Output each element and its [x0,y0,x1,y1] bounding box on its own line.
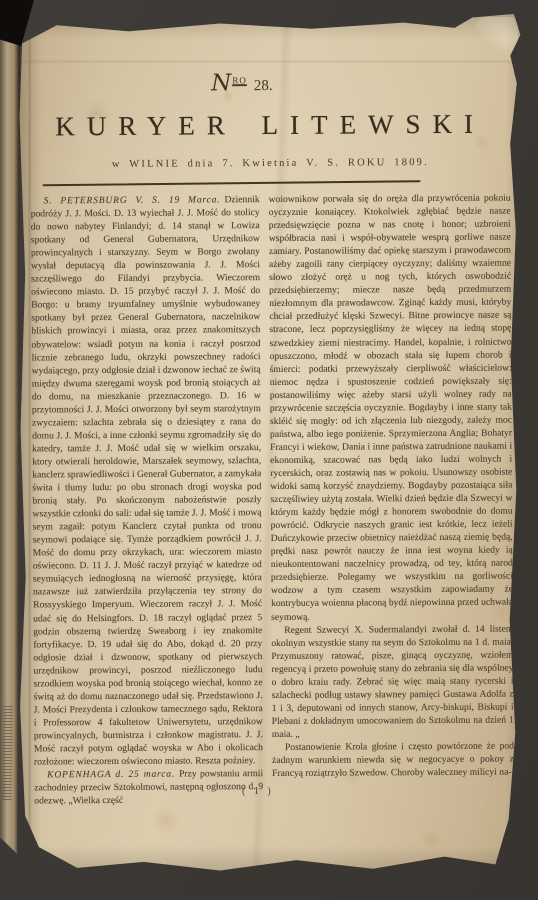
scan-background: NRO28. KURYER LITEWSKI w WILNIE dnia 7. … [0,0,538,900]
article-petersburg-text: Dziennik podróży J. J. Mości. D. 13 wyie… [31,194,263,767]
article-petersburg-dateline: S. PETERSBURG V. S. 19 Marca. [44,194,225,206]
issue-number-line: NRO28. [2,69,482,98]
article-columns: S. PETERSBURG V. S. 19 Marca.Dziennik po… [31,192,515,813]
newspaper-page: NRO28. KURYER LITEWSKI w WILNIE dnia 7. … [16,14,526,880]
adjacent-page-edge [0,16,20,854]
masthead-title: KURYER LITEWSKI [30,109,510,143]
header-rule [43,180,421,186]
edge-print-artifact [2,704,13,800]
column-left: S. PETERSBURG V. S. 19 Marca.Dziennik po… [31,193,264,812]
issue-n-glyph: N [211,70,231,96]
article-continuation-text: woiownikow porwała się do oręża dla przy… [269,192,514,624]
dateline: w WILNIE dnia 7. Kwietnia V. S. ROKU 180… [30,157,510,171]
article-kopenhaga-dateline: KOPENHAGA d. 25 marca. [47,769,179,781]
issue-number: 28. [254,78,273,94]
article-kopenhaga: KOPENHAGA d. 25 marca.Przy powstaniu arm… [34,767,263,808]
column-right: woiownikow porwała się do oręża dla przy… [269,192,515,811]
issue-superscript: RO [232,75,247,86]
article-postanowienie-text: Postanowienie Krola głośne i często powt… [272,739,514,780]
page-content: NRO28. KURYER LITEWSKI w WILNIE dnia 7. … [30,43,515,813]
sheet-signature: ( 1 ) [242,786,274,797]
scan-corner-shadow [0,0,34,46]
article-regent-text: Regent Szwecyi X. Sudermalandyi zwołał d… [271,622,514,741]
article-petersburg: S. PETERSBURG V. S. 19 Marca.Dziennik po… [31,193,264,768]
